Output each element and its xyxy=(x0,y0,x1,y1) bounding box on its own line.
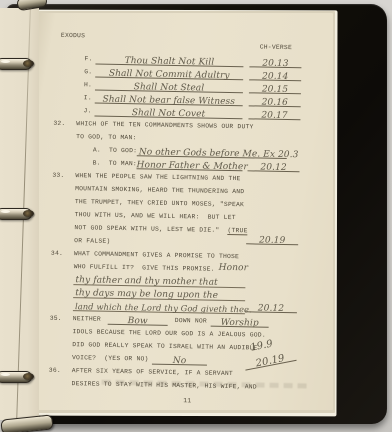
question-text: IDOLS BECAUSE THE LORD OUR GOD IS A JEAL… xyxy=(72,328,265,339)
page-number: 11 xyxy=(183,397,191,404)
verse-blank: 20.17 xyxy=(248,108,300,120)
question-text: THOU WITH US, AND WE WILL HEAR: BUT LET xyxy=(75,211,236,221)
ring-highlight xyxy=(1,210,10,213)
question-number: 34. xyxy=(51,250,63,257)
question-text: THE TRUMPET, THEY CRIED UNTO MOSES, "SPE… xyxy=(75,198,244,208)
ring-highlight xyxy=(1,373,10,376)
binder-photo: EXODUS CH-VERSE F. Thou Shalt Not Kill 2… xyxy=(0,0,392,432)
handwritten-verse: 20.19 xyxy=(246,235,298,246)
sub-label: B. TO MAN: xyxy=(93,159,137,167)
row-letter: J. xyxy=(84,107,92,114)
verse-blank: 20.14 xyxy=(249,69,301,81)
question-text: DID GOD REALLY SPEAK TO ISRAEL WITH AN A… xyxy=(72,341,257,351)
verse-blank: 20.15 xyxy=(249,82,301,94)
question-text: WHO FULFILL IT? GIVE THIS PROMISE. xyxy=(74,263,215,273)
question-text: NEITHER xyxy=(73,315,101,323)
ring-highlight xyxy=(1,60,10,63)
fill-in-blank: Bow xyxy=(108,314,168,326)
handwritten-answer: Honor xyxy=(219,263,248,274)
handwritten-verse: 20.12 xyxy=(245,303,297,314)
verse-blank: 20.12 xyxy=(247,160,299,172)
sub-label: A. TO GOD: xyxy=(93,146,137,154)
question-text: WHICH OF THE TEN COMMANDMENTS SHOWS OUR … xyxy=(76,120,253,130)
row-letter: I. xyxy=(84,94,92,101)
question-text: VOICE? (YES OR NO) xyxy=(72,354,149,362)
question-text: DOWN NOR xyxy=(175,317,207,325)
ring-hole xyxy=(23,60,34,67)
handwritten-verse: 19.9 xyxy=(249,339,273,354)
verse-blank: 20.13 xyxy=(249,56,301,68)
question-text: TO GOD, TO MAN: xyxy=(76,133,137,141)
row-letter: G. xyxy=(84,68,92,75)
ring-hole xyxy=(23,210,34,217)
chapter-verse-column-header: CH-VERSE xyxy=(260,44,292,52)
question-number: 33. xyxy=(52,172,64,179)
question-number: 32. xyxy=(53,120,65,127)
question-text: NOT GOD SPEAK WITH US, LEST WE DIE." (TR… xyxy=(74,224,247,234)
verse-blank: 20.19 xyxy=(246,233,298,245)
page-content: EXODUS CH-VERSE F. Thou Shalt Not Kill 2… xyxy=(31,12,333,414)
question-number: 36. xyxy=(49,367,61,374)
circled-true-answer: (TRUE xyxy=(227,227,247,235)
verse-blank: 20.12 xyxy=(245,301,297,313)
question-text: WHEN THE PEOPLE SAW THE LIGHTNING AND TH… xyxy=(75,172,240,182)
yes-no-blank: No xyxy=(152,354,207,366)
workbook-page: EXODUS CH-VERSE F. Thou Shalt Not Kill 2… xyxy=(38,13,333,410)
question-text: OR FALSE) xyxy=(74,237,110,245)
question-text-part: NOT GOD SPEAK WITH US, LEST WE DIE." xyxy=(74,224,227,234)
question-text: MOUNTAIN SMOKING, HEARD THE THUNDERING A… xyxy=(75,185,244,195)
row-letter: H. xyxy=(84,81,92,88)
verse-blank: 20.16 xyxy=(249,95,301,107)
fill-in-blank: Worship xyxy=(211,316,269,328)
question-text: WHAT COMMANDMENT GIVES A PROMISE TO THOS… xyxy=(74,250,239,260)
book-title: EXODUS xyxy=(61,32,85,39)
binder-ring-icon xyxy=(0,208,32,220)
question-number: 35. xyxy=(50,315,62,322)
binder-ring-icon xyxy=(0,371,32,383)
row-letter: F. xyxy=(84,55,92,62)
ring-hole xyxy=(23,373,34,380)
answer-blank: Honor Father & Mother xyxy=(137,158,243,171)
binder-ring-icon xyxy=(0,58,32,70)
question-text: AFTER SIX YEARS OF SERVICE, IF A SERVANT xyxy=(72,367,233,377)
